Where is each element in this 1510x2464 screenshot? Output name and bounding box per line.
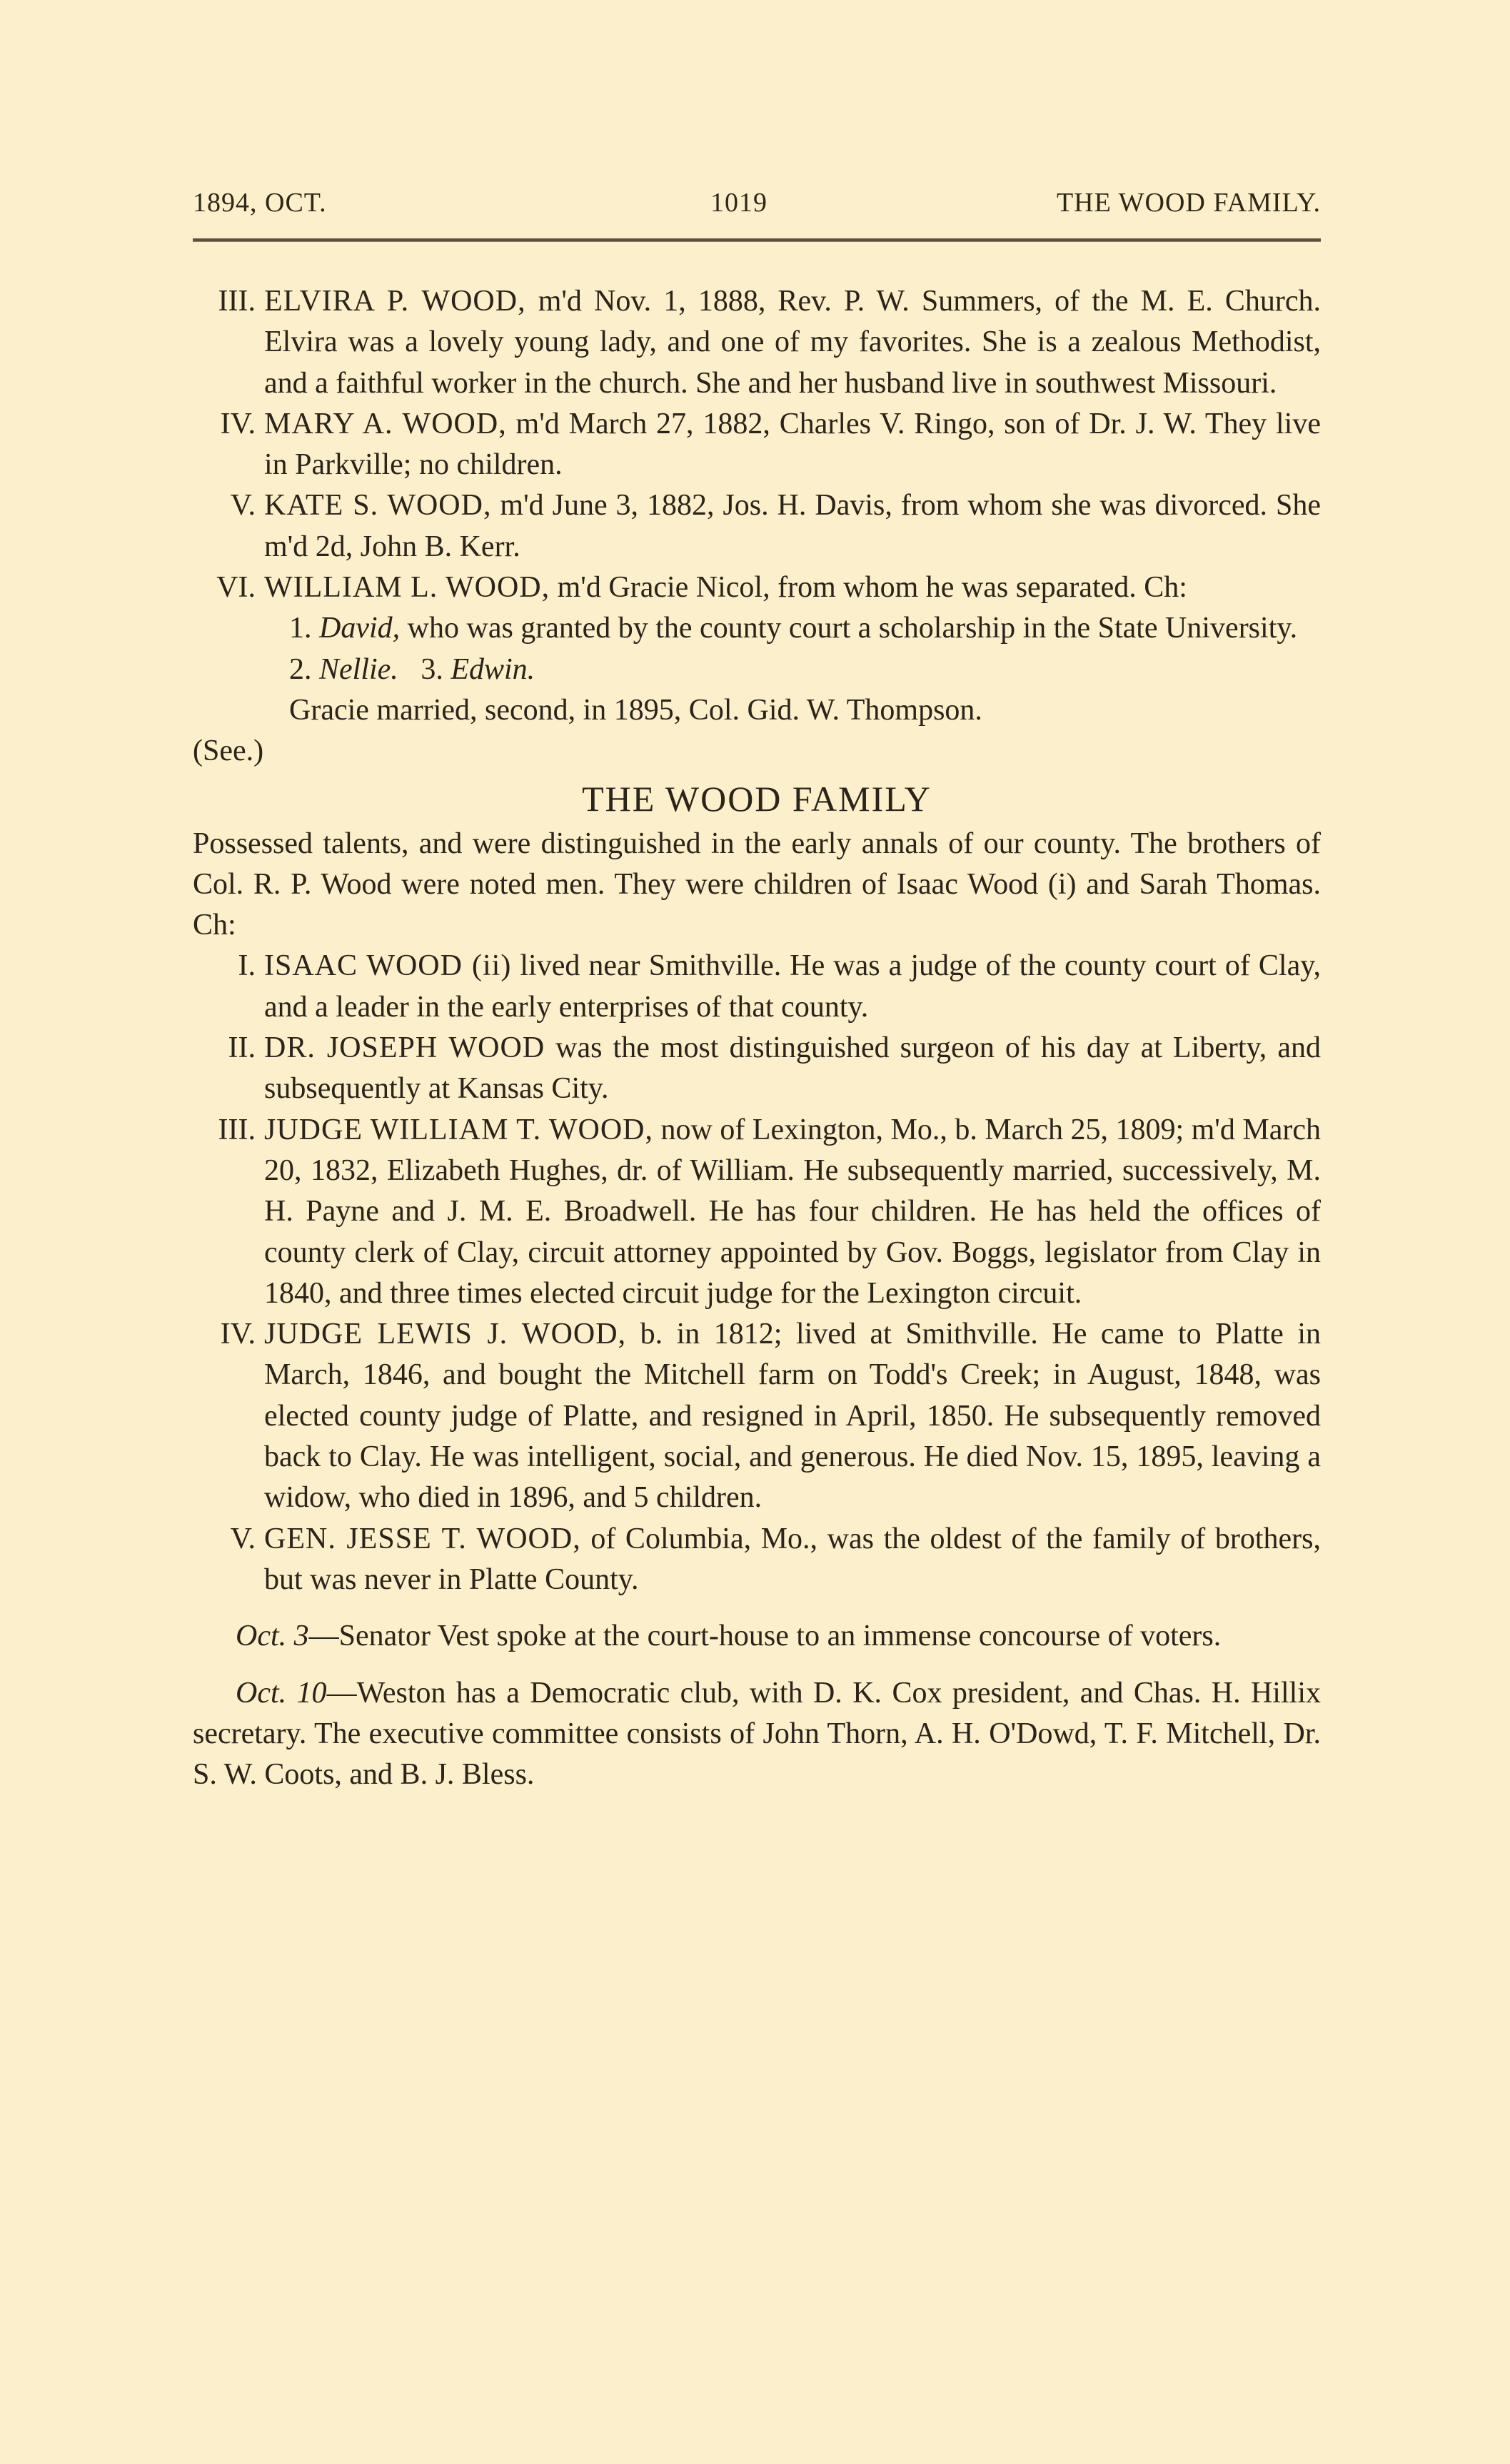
entry-date: Oct. 10 bbox=[236, 1677, 327, 1710]
entry-jesse: V. GEN. JESSE T. WOOD, of Columbia, Mo.,… bbox=[193, 1519, 1321, 1601]
section-intro: Possessed talents, and were distinguishe… bbox=[193, 824, 1321, 946]
entry-mary: IV. MARY A. WOOD, m'd March 27, 1882, Ch… bbox=[193, 404, 1321, 486]
page-number: 1019 bbox=[710, 187, 767, 218]
entry-date: Oct. 3 bbox=[236, 1620, 309, 1652]
page-body: III. ELVIRA P. WOOD, m'd Nov. 1, 1888, R… bbox=[193, 281, 1321, 1795]
entry-name: WILLIAM L. WOOD, bbox=[264, 571, 550, 604]
child-name: Edwin. bbox=[451, 653, 535, 686]
header-rule bbox=[193, 238, 1321, 242]
entry-numeral: II. bbox=[193, 1028, 256, 1069]
entry-numeral: IV. bbox=[193, 1314, 256, 1355]
see-note: (See.) bbox=[193, 731, 1321, 772]
child-number: 1. bbox=[289, 612, 312, 645]
dated-entry-oct-3: Oct. 3—Senator Vest spoke at the court-h… bbox=[193, 1616, 1321, 1657]
children-nellie-edwin: 2. Nellie. 3. Edwin. bbox=[193, 650, 1321, 690]
entry-name: DR. JOSEPH WOOD bbox=[264, 1031, 545, 1064]
child-number: 3. bbox=[421, 653, 443, 686]
entry-william-t: III. JUDGE WILLIAM T. WOOD, now of Lexin… bbox=[193, 1110, 1321, 1314]
entry-name: JUDGE WILLIAM T. WOOD, bbox=[264, 1114, 653, 1146]
entry-numeral: V. bbox=[193, 485, 256, 526]
entry-name: ISAAC WOOD (ii) bbox=[264, 949, 511, 982]
entry-text: —Weston has a Democratic club, with D. K… bbox=[193, 1677, 1321, 1792]
child-number: 2. bbox=[289, 653, 312, 686]
child-name: Nellie. bbox=[319, 653, 398, 686]
dated-entry-oct-10: Oct. 10—Weston has a Democratic club, wi… bbox=[193, 1673, 1321, 1796]
entry-numeral: III. bbox=[193, 1110, 256, 1151]
entry-lewis: IV. JUDGE LEWIS J. WOOD, b. in 1812; liv… bbox=[193, 1314, 1321, 1518]
gracie-note: Gracie married, second, in 1895, Col. Gi… bbox=[193, 690, 1321, 731]
child-name: David, bbox=[319, 612, 400, 645]
entry-text: m'd Gracie Nicol, from whom he was separ… bbox=[550, 571, 1187, 604]
header-date: 1894, OCT. bbox=[193, 187, 327, 218]
entry-isaac: I. ISAAC WOOD (ii) lived near Smithville… bbox=[193, 946, 1321, 1028]
entry-elvira: III. ELVIRA P. WOOD, m'd Nov. 1, 1888, R… bbox=[193, 281, 1321, 404]
running-head: 1894, OCT. 1019 THE WOOD FAMILY. bbox=[193, 187, 1321, 223]
entry-name: ELVIRA P. WOOD, bbox=[264, 285, 526, 318]
section-title: THE WOOD FAMILY bbox=[193, 777, 1321, 821]
entry-name: MARY A. WOOD, bbox=[264, 408, 507, 440]
entry-name: JUDGE LEWIS J. WOOD, bbox=[264, 1318, 626, 1350]
entry-kate: V. KATE S. WOOD, m'd June 3, 1882, Jos. … bbox=[193, 485, 1321, 567]
entry-numeral: V. bbox=[193, 1519, 256, 1560]
entry-numeral: IV. bbox=[193, 404, 256, 445]
entry-numeral: VI. bbox=[193, 567, 256, 608]
entry-name: GEN. JESSE T. WOOD, bbox=[264, 1523, 581, 1555]
child-text: who was granted by the county court a sc… bbox=[400, 612, 1297, 645]
child-david: 1. David, who was granted by the county … bbox=[193, 608, 1321, 649]
book-page: 1894, OCT. 1019 THE WOOD FAMILY. III. EL… bbox=[193, 187, 1321, 1795]
header-title: THE WOOD FAMILY. bbox=[1057, 187, 1321, 218]
entry-numeral: III. bbox=[193, 281, 256, 322]
entry-william-l: VI. WILLIAM L. WOOD, m'd Gracie Nicol, f… bbox=[193, 567, 1321, 608]
entry-name: KATE S. WOOD, bbox=[264, 489, 491, 522]
entry-text: —Senator Vest spoke at the court-house t… bbox=[309, 1620, 1222, 1652]
entry-numeral: I. bbox=[193, 946, 256, 986]
entry-joseph: II. DR. JOSEPH WOOD was the most disting… bbox=[193, 1028, 1321, 1110]
